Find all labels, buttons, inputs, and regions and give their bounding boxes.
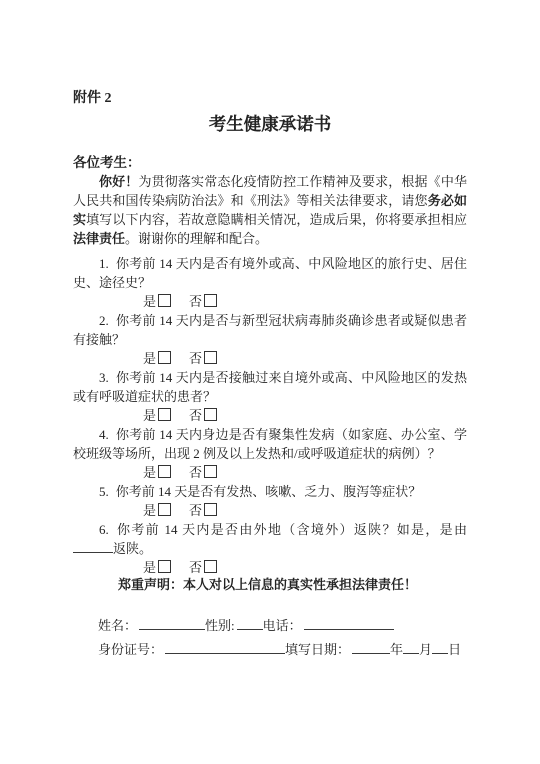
phone-label: 电话：	[263, 618, 302, 633]
name-label: 姓名：	[98, 618, 137, 633]
month-label: 月	[419, 642, 432, 657]
fill-date-label: 填写日期：	[285, 642, 350, 657]
question-6-text: 你考前 14 天内是否由外地（含境外）返陕？如是，是由	[116, 522, 467, 537]
yes-label: 是	[143, 294, 156, 309]
intro-segment: 法律责任	[73, 231, 125, 246]
question-3-number: 3.	[99, 370, 109, 385]
question-2-number: 2.	[99, 313, 109, 328]
no-label: 否	[189, 465, 202, 480]
yes-label: 是	[143, 351, 156, 366]
day-label: 日	[448, 642, 461, 657]
question-4: 4.你考前 14 天内身边是否有聚集性发病（如家庭、办公室、学校班级等场所，出现…	[73, 425, 467, 463]
question-3-text: 你考前 14 天内是否接触过来自境外或高、中风险地区的发热或有呼吸道症状的患者？	[73, 370, 467, 404]
year-label: 年	[390, 642, 403, 657]
page-title: 考生健康承诺书	[73, 112, 467, 137]
question-3: 3.你考前 14 天内是否接触过来自境外或高、中风险地区的发热或有呼吸道症状的患…	[73, 368, 467, 406]
yes-label: 是	[143, 503, 156, 518]
no-label: 否	[189, 351, 202, 366]
no-checkbox-1[interactable]	[204, 294, 217, 307]
yes-label: 是	[143, 408, 156, 423]
salutation: 各位考生：	[73, 153, 467, 172]
question-2: 2.你考前 14 天内是否与新型冠状病毒肺炎确诊患者或疑似患者有接触？	[73, 311, 467, 349]
answer-row-2: 是否	[73, 349, 467, 368]
question-6-number: 6.	[99, 522, 109, 537]
no-checkbox-2[interactable]	[204, 351, 217, 364]
yes-checkbox-2[interactable]	[158, 351, 171, 364]
question-6: 6.你考前 14 天内是否由外地（含境外）返陕？如是，是由返陕。	[73, 520, 467, 558]
no-label: 否	[189, 503, 202, 518]
question-5-number: 5.	[99, 484, 109, 499]
answer-row-1: 是否	[73, 292, 467, 311]
yes-label: 是	[143, 465, 156, 480]
question-4-number: 4.	[99, 427, 109, 442]
answer-row-4: 是否	[73, 463, 467, 482]
question-1-text: 你考前 14 天内是否有境外或高、中风险地区的旅行史、居住史、途径史？	[73, 256, 467, 290]
attachment-label: 附件 2	[73, 89, 467, 108]
yes-checkbox-4[interactable]	[158, 465, 171, 478]
name-blank[interactable]	[139, 616, 205, 630]
day-blank[interactable]	[432, 640, 448, 654]
question-6-blank[interactable]	[73, 539, 113, 553]
year-blank[interactable]	[352, 640, 390, 654]
yes-checkbox-3[interactable]	[158, 408, 171, 421]
no-checkbox-4[interactable]	[204, 465, 217, 478]
yes-label: 是	[143, 560, 156, 575]
intro-segment: 。谢谢你的理解和配合。	[125, 231, 268, 246]
no-checkbox-6[interactable]	[204, 560, 217, 573]
declaration-statement: 郑重声明：本人对以上信息的真实性承担法律责任！	[118, 575, 467, 594]
gender-label: 性别:	[205, 618, 235, 633]
document-page: 附件 2 考生健康承诺书 各位考生： 你好！为贯彻落实常态化疫情防控工作精神及要…	[0, 0, 540, 764]
no-checkbox-5[interactable]	[204, 503, 217, 516]
question-4-text: 你考前 14 天内身边是否有聚集性发病（如家庭、办公室、学校班级等场所，出现 2…	[73, 427, 467, 461]
phone-blank[interactable]	[304, 616, 394, 630]
answer-row-3: 是否	[73, 406, 467, 425]
yes-checkbox-1[interactable]	[158, 294, 171, 307]
question-5-text: 你考前 14 天是否有发热、咳嗽、乏力、腹泻等症状？	[116, 484, 422, 499]
gender-blank[interactable]	[237, 616, 263, 630]
signature-row-1: 姓名：性别:电话：	[73, 614, 467, 638]
question-1: 1.你考前 14 天内是否有境外或高、中风险地区的旅行史、居住史、途径史？	[73, 254, 467, 292]
no-label: 否	[189, 560, 202, 575]
intro-paragraph: 你好！为贯彻落实常态化疫情防控工作精神及要求，根据《中华人民共和国传染病防治法》…	[73, 172, 467, 248]
question-1-number: 1.	[99, 256, 109, 271]
intro-segment: 填写以下内容，若故意隐瞒相关情况，造成后果，你将要承担相应	[86, 212, 467, 227]
no-label: 否	[189, 294, 202, 309]
id-number-blank[interactable]	[165, 640, 285, 654]
question-6-suffix: 返陕。	[113, 541, 152, 556]
intro-segment: 你好！	[99, 174, 138, 189]
question-5: 5.你考前 14 天是否有发热、咳嗽、乏力、腹泻等症状？	[73, 482, 467, 501]
yes-checkbox-6[interactable]	[158, 560, 171, 573]
id-number-label: 身份证号：	[98, 642, 163, 657]
yes-checkbox-5[interactable]	[158, 503, 171, 516]
answer-row-5: 是否	[73, 501, 467, 520]
month-blank[interactable]	[403, 640, 419, 654]
signature-row-2: 身份证号：填写日期：年月日	[73, 638, 467, 662]
no-checkbox-3[interactable]	[204, 408, 217, 421]
question-2-text: 你考前 14 天内是否与新型冠状病毒肺炎确诊患者或疑似患者有接触？	[73, 313, 467, 347]
no-label: 否	[189, 408, 202, 423]
